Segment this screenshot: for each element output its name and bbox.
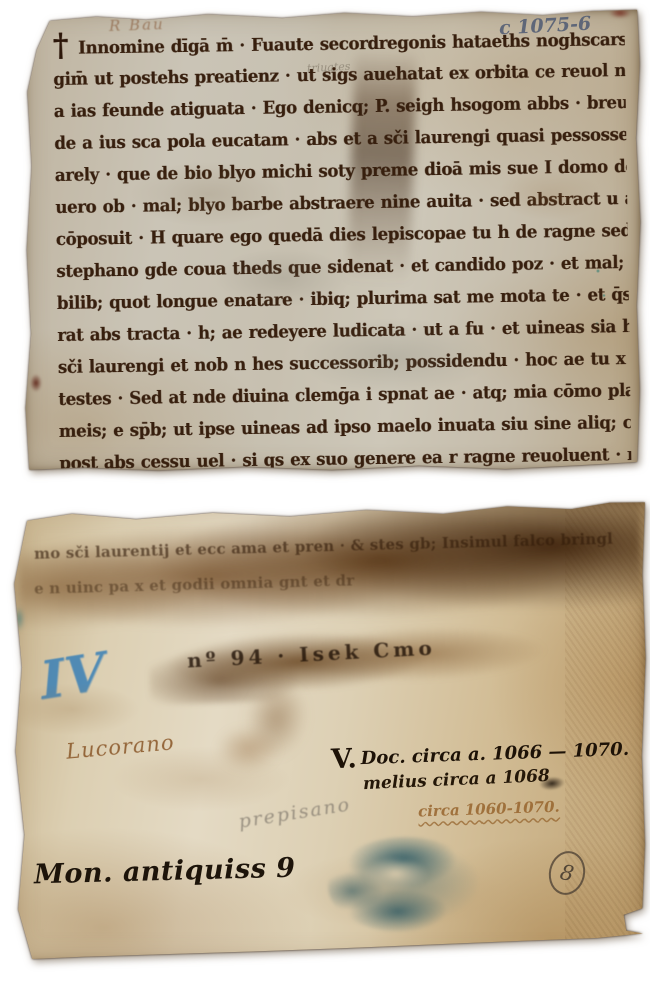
recto-parchment: R Bau c 1075-6 triuates †Innomine dīgā m… — [22, 8, 642, 473]
verso-faded-line: e n uinc pa x et godii omnia gnt et dr — [33, 564, 628, 598]
recto-maroon-spot — [28, 371, 44, 395]
charter-verso-photo: mo sči laurentij et ecc ama et pren · & … — [8, 500, 648, 965]
charter-recto-photo: R Bau c 1075-6 triuates †Innomine dīgā m… — [22, 8, 642, 473]
verso-cursive-note: Lucorano — [65, 730, 175, 763]
verso-shelfmark: Mon. antiquiss 9 — [33, 852, 295, 890]
verso-soft-smudge — [206, 719, 289, 779]
cross-icon: † — [53, 27, 69, 63]
verso-drip-stain — [223, 678, 324, 786]
verso-pencil-date-note: circa 1060-1070. — [417, 797, 559, 820]
verso-circled-number: 8 — [545, 848, 589, 899]
verso-faded-line: mo sči laurentij et ecc ama et pren · & … — [33, 529, 628, 563]
verso-blue-stamp — [326, 835, 480, 936]
verso-blue-stamp-center — [354, 853, 437, 895]
verso-date-note-initial: V. — [331, 744, 358, 776]
recto-corner-stain — [605, 6, 635, 20]
recto-text-block: †Innomine dīgā m̄ · Fuaute secordregonis… — [53, 22, 632, 479]
verso-teal-edge-mark — [12, 602, 26, 636]
verso-blue-numeral: IV — [38, 641, 107, 714]
verso-smear-inscription: nº 94 · Isek Cmo — [187, 635, 437, 672]
verso-date-note-text: Doc. circa a. 1066 — 1070. — [361, 739, 630, 769]
verso-parchment: mo sči laurentij et ecc ama et pren · & … — [8, 500, 648, 965]
verso-pencil-word: prepisano — [237, 794, 353, 833]
